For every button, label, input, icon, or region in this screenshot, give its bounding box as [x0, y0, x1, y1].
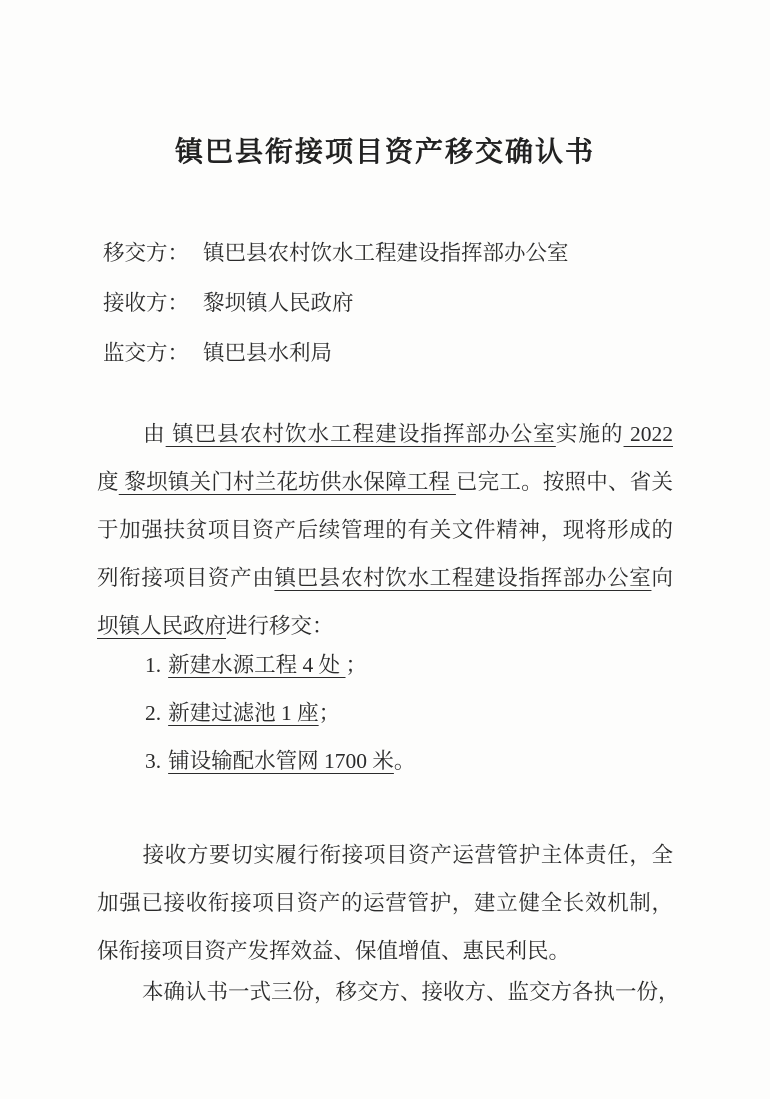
underlined-year: 2022 [624, 422, 673, 446]
party-line-transferor: 移交方：镇巴县农村饮水工程建设指挥部办公室 [103, 228, 569, 278]
party-label: 监交方： [103, 341, 189, 365]
text-line: 于加强扶贫项目资产后续管理的有关文件精神，现将形成的下 [97, 506, 673, 554]
text-segment: 本确认书一式三份，移交方、接收方、监交方各执一份， [142, 980, 680, 1004]
paragraph-project-intro: 由 镇巴县农村饮水工程建设指挥部办公室实施的 2022 年 度 黎坝镇关门村兰花… [97, 410, 673, 650]
party-value: 镇巴县水利局 [203, 341, 332, 365]
list-item: 3.铺设输配水管网 1700 米。 [145, 737, 673, 785]
party-label: 移交方： [103, 241, 189, 265]
text-segment: 由 [142, 422, 166, 446]
list-item-number: 2. [145, 701, 161, 725]
text-segment: 加强已接收衔接项目资产的运营管护，建立健全长效机制，确 [97, 891, 673, 927]
parties-block: 移交方：镇巴县农村饮水工程建设指挥部办公室 接收方：黎坝镇人民政府 监交方：镇巴… [103, 228, 569, 378]
text-segment: 向 [651, 566, 673, 590]
text-line: 度 黎坝镇关门村兰花坊供水保障工程 已完工。按照中、省关 [97, 458, 673, 506]
party-label: 接收方： [103, 291, 189, 315]
party-value: 黎坝镇人民政府 [203, 291, 354, 315]
paragraph-copies: 本确认书一式三份，移交方、接收方、监交方各执一份， [97, 968, 673, 1016]
text-segment: 保衔接项目资产发挥效益、保值增值、惠民利民。 [97, 939, 570, 963]
party-line-receiver: 接收方：黎坝镇人民政府 [103, 278, 569, 328]
text-segment: 度 [97, 470, 119, 494]
text-segment: 实施的 [556, 422, 624, 446]
underlined-asset: 新建过滤池 1 座 [168, 701, 319, 725]
text-line: 本确认书一式三份，移交方、接收方、监交方各执一份， [97, 968, 673, 1016]
list-item: 2.新建过滤池 1 座； [145, 689, 673, 737]
text-line: 加强已接收衔接项目资产的运营管护，建立健全长效机制，确 [97, 879, 673, 927]
list-item-punct: 。 [394, 749, 416, 773]
text-line: 列衔接项目资产由镇巴县农村饮水工程建设指挥部办公室向黎 [97, 554, 673, 602]
underlined-implementer: 镇巴县农村饮水工程建设指挥部办公室 [166, 422, 556, 446]
paragraph-responsibility: 接收方要切实履行衔接项目资产运营管护主体责任，全面 加强已接收衔接项目资产的运营… [97, 831, 673, 975]
asset-list: 1.新建水源工程 4 处 ； 2.新建过滤池 1 座； 3.铺设输配水管网 17… [97, 641, 673, 785]
list-item-number: 3. [145, 749, 161, 773]
text-segment: 接收方要切实履行衔接项目资产运营管护主体责任，全面 [97, 843, 673, 879]
text-segment: 已完工。按照中、省关 [456, 470, 673, 494]
document-page: 镇巴县衔接项目资产移交确认书 移交方：镇巴县农村饮水工程建设指挥部办公室 接收方… [0, 0, 770, 1099]
underlined-receiver-part2: 坝镇人民政府 [97, 614, 226, 638]
list-item-punct: ； [346, 653, 368, 677]
list-item: 1.新建水源工程 4 处 ； [145, 641, 673, 689]
underlined-asset: 铺设输配水管网 1700 米 [168, 749, 394, 773]
underlined-transferor: 镇巴县农村饮水工程建设指挥部办公室 [274, 566, 651, 590]
list-item-number: 1. [145, 653, 161, 677]
text-segment: 于加强扶贫项目资产后续管理的有关文件精神，现将形成的下 [97, 518, 673, 554]
party-line-supervisor: 监交方：镇巴县水利局 [103, 328, 569, 378]
underlined-asset: 新建水源工程 4 处 [168, 653, 345, 677]
list-item-punct: ； [319, 701, 341, 725]
text-segment: 列衔接项目资产由 [97, 566, 274, 590]
underlined-project-name: 黎坝镇关门村兰花坊供水保障工程 [119, 470, 456, 494]
party-value: 镇巴县农村饮水工程建设指挥部办公室 [203, 241, 569, 265]
document-title: 镇巴县衔接项目资产移交确认书 [0, 130, 770, 176]
text-line: 由 镇巴县农村饮水工程建设指挥部办公室实施的 2022 年 [97, 410, 673, 458]
text-line: 接收方要切实履行衔接项目资产运营管护主体责任，全面 [97, 831, 673, 879]
text-segment: 进行移交： [226, 614, 334, 638]
